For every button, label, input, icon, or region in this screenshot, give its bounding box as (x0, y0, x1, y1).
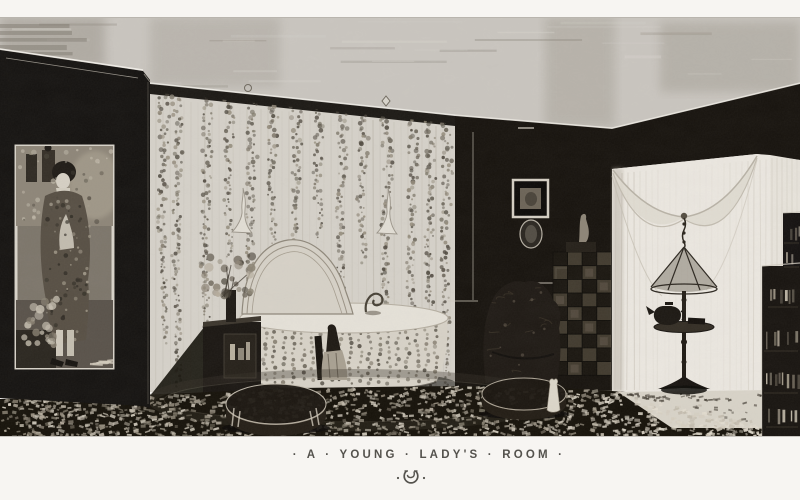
book-plate-page: · A · YOUNG · LADY'S · ROOM · (0, 0, 800, 500)
plate-caption: · A · YOUNG · LADY'S · ROOM · (0, 449, 800, 465)
artwork-area (0, 17, 800, 440)
artwork-bottom-edge (0, 436, 800, 438)
artwork-top-edge (0, 17, 800, 18)
monogram-hook (407, 472, 414, 478)
monogram-dot-right (423, 477, 425, 479)
monogram-dot-left (397, 477, 399, 479)
photo-blotch (0, 17, 800, 437)
artist-monogram-icon (394, 467, 428, 487)
interior-rendering-image (0, 0, 800, 500)
